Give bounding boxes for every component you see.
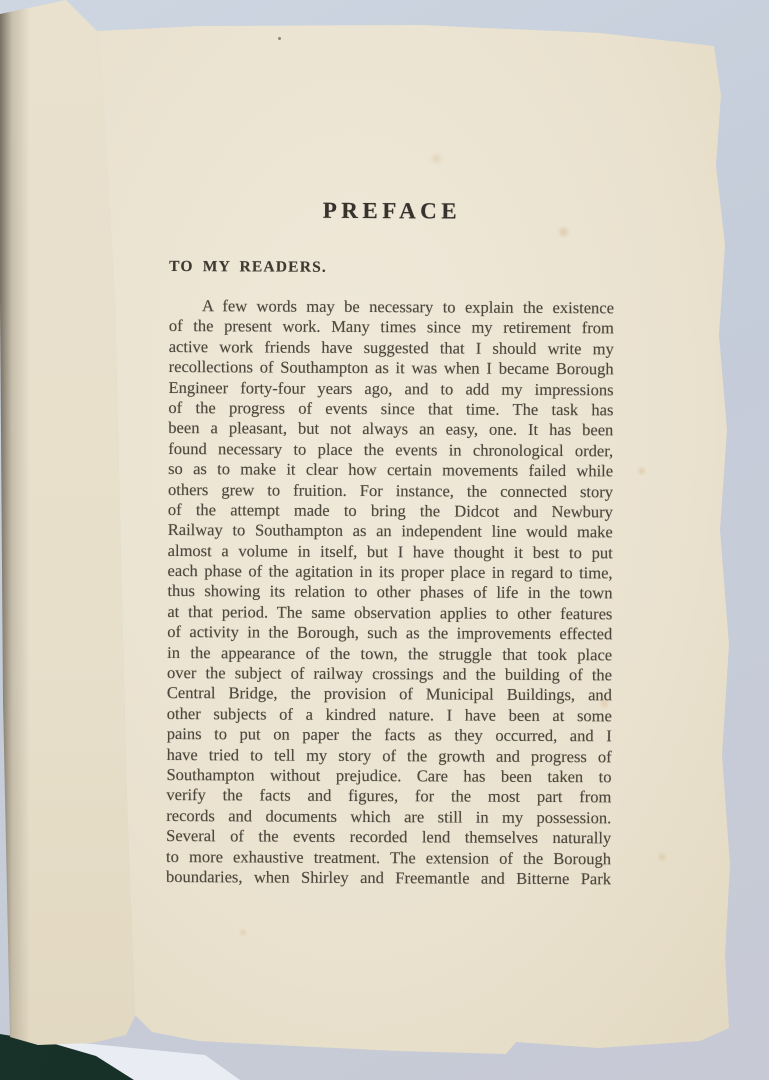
body-line: almost a volume in itself, but I have th… <box>168 541 613 564</box>
body-line: over the subject of railway crossings an… <box>167 663 612 686</box>
body-line: records and documents which are still in… <box>166 806 611 829</box>
body-line: Several of the events recorded lend them… <box>166 826 611 849</box>
body-line: boundaries, when Shirley and Freemantle … <box>166 867 611 890</box>
body-line: found necessary to place the events in c… <box>168 439 613 462</box>
section-heading: TO MY READERS. <box>169 258 327 277</box>
body-line: of the progress of events since that tim… <box>168 398 613 421</box>
body-line: so as to make it clear how certain movem… <box>168 459 613 482</box>
body-line: in the appearance of the town, the strug… <box>167 643 612 666</box>
body-line: recollections of Southampton as it was w… <box>169 357 614 380</box>
body-line: A few words may be necessary to explain … <box>169 296 614 319</box>
body-line: active work friends have suggested that … <box>169 337 614 360</box>
body-line: been a pleasant, but not always an easy,… <box>168 418 613 441</box>
body-line: of the present work. Many times since my… <box>169 316 614 339</box>
body-line: pains to put on paper the facts as they … <box>167 724 612 747</box>
body-line: Central Bridge, the provision of Municip… <box>167 683 612 706</box>
body-line: others grew to fruition. For instance, t… <box>168 480 613 503</box>
body-line: Engineer forty-four years ago, and to ad… <box>168 378 613 401</box>
book-photo: PREFACE TO MY READERS. A few words may b… <box>0 0 769 1080</box>
body-line: of activity in the Borough, such as the … <box>167 622 612 645</box>
body-line: thus showing its relation to other phase… <box>167 581 612 604</box>
body-line: each phase of the agitation in its prope… <box>168 561 613 584</box>
body-line: at that period. The same observation app… <box>167 602 612 625</box>
page-title: PREFACE <box>169 197 614 225</box>
body-line: Railway to Southampton as an independent… <box>168 520 613 543</box>
body-line: verify the facts and figures, for the mo… <box>166 785 611 808</box>
body-line: other subjects of a kindred nature. I ha… <box>167 704 612 727</box>
body-line: have tried to tell my story of the growt… <box>167 745 612 768</box>
body-line: to more exhaustive treatment. The extens… <box>166 847 611 870</box>
body-line: of the attempt made to bring the Didcot … <box>168 500 613 523</box>
body-line: Southampton without prejudice. Care has … <box>166 765 611 788</box>
body-text: A few words may be necessary to explain … <box>166 296 614 890</box>
